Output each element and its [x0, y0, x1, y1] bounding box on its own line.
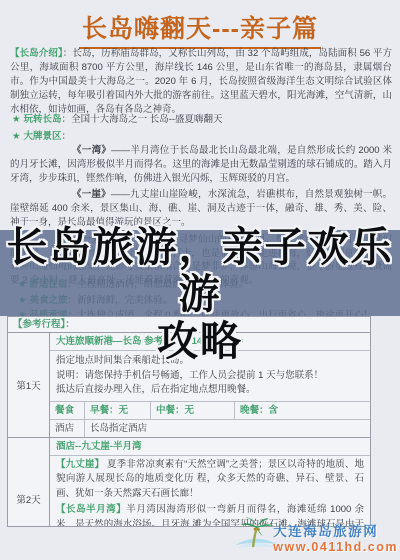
spot-text: 半月湾位于长岛最北长山岛最北端，是自然形成长约 2000 米的月牙长滩，因湾形极… [10, 145, 392, 184]
day1-meals-row: 餐食 早餐：无 中餐：无 晚餐：含 [50, 402, 370, 420]
star-icon: ★ [12, 131, 21, 142]
intro-colon: ： [63, 48, 73, 59]
spot-name: 《一湾》 [72, 145, 111, 156]
hotel-value: 长岛指定酒店 [85, 420, 370, 437]
highlight-sep: ： [62, 131, 72, 142]
day2-label: 第2天 [8, 438, 50, 528]
star-icon: ★ [12, 114, 21, 125]
highlight-label: 玩转长岛 [24, 114, 62, 125]
day1-desc-line3: 抵达后直接办理入住，后在指定地点想用晚餐。 [56, 383, 364, 398]
watermark-site-name: 大连海岛旅游网 [273, 520, 378, 540]
day2-content: 酒店--九丈崖-半月湾 【九丈崖】 夏季非常凉爽素有“天然空调”之美誉；景区以奇… [50, 438, 370, 528]
hotel-label: 酒店 [50, 420, 85, 437]
overlay-headline-line2: 攻略 [0, 318, 400, 365]
day1-hotel-row: 酒店 长岛指定酒店 [50, 420, 370, 437]
table-row-day2: 第2天 酒店--九丈崖-半月湾 【九丈崖】 夏季非常凉爽素有“天然空调”之美誉；… [8, 437, 370, 528]
watermark-text: 大连海岛旅游网 www.0411hd.com [273, 520, 398, 554]
day2-spot2-name: 【长岛半月湾】 [56, 504, 126, 515]
travel-guide-page: 长岛嗨翻天---亲子篇 【长岛介绍】：长岛，历称庙岛群岛，又称长山列岛，由 32… [0, 0, 400, 560]
highlight-play-changdao: ★玩转长岛：全国十大海岛之一 长岛--盛夏嗨翻天 [12, 113, 392, 126]
spot-paragraph-yiwan: 《一湾》——半月湾位于长岛最北长山岛最北端，是自然形成长约 2000 米的月牙长… [10, 144, 392, 185]
watermark-url: www.0411hd.com [273, 540, 398, 554]
meals-lunch: 中餐：无 [151, 402, 235, 419]
overlay-headline: 长岛旅游，亲子欢乐游 攻略 [0, 224, 400, 365]
spot-text: 九丈崖山崖险峻，水深流急，岩礁棋布，自然景观独树一帜。崖壁绵延 400 余米，景… [10, 189, 392, 228]
page-header: 长岛嗨翻天---亲子篇 [0, 9, 400, 49]
intro-label: 【长岛介绍】 [10, 48, 63, 59]
highlight-label: 大牌景区 [24, 131, 62, 142]
day1-desc-line2: 说明：请您保持手机信号畅通，工作人员会提前 1 天与您联系！ [56, 369, 364, 384]
meals-breakfast: 早餐：无 [85, 402, 151, 419]
highlight-top-scenic: ★大牌景区： [12, 130, 392, 143]
meals-dinner: 晚餐：含 [235, 402, 370, 419]
page-title: 长岛嗨翻天---亲子篇 [79, 9, 321, 49]
day2-spot-jiuzhangya: 【九丈崖】 夏季非常凉爽素有“天然空调”之美誉；景区以奇特的地质、地貌向游人展现… [50, 456, 370, 502]
highlight-text: 全国十大海岛之一 长岛--盛夏嗨翻天 [71, 114, 222, 125]
overlay-headline-line1: 长岛旅游，亲子欢乐游 [0, 224, 400, 318]
spot-dash: —— [111, 189, 130, 200]
day2-route: 酒店--九丈崖-半月湾 [50, 438, 370, 456]
day2-spot1-name: 【九丈崖】 [56, 459, 104, 470]
island-intro-paragraph: 【长岛介绍】：长岛，历称庙岛群岛，又称长山列岛，由 32 个岛屿组成，岛陆面积 … [10, 47, 392, 117]
site-watermark: 大连海岛旅游网 www.0411hd.com [233, 515, 398, 558]
meals-label: 餐食 [50, 402, 85, 419]
spot-name: 《一崖》 [72, 189, 111, 200]
highlight-sep: ： [62, 114, 72, 125]
spot-dash: —— [111, 145, 130, 156]
